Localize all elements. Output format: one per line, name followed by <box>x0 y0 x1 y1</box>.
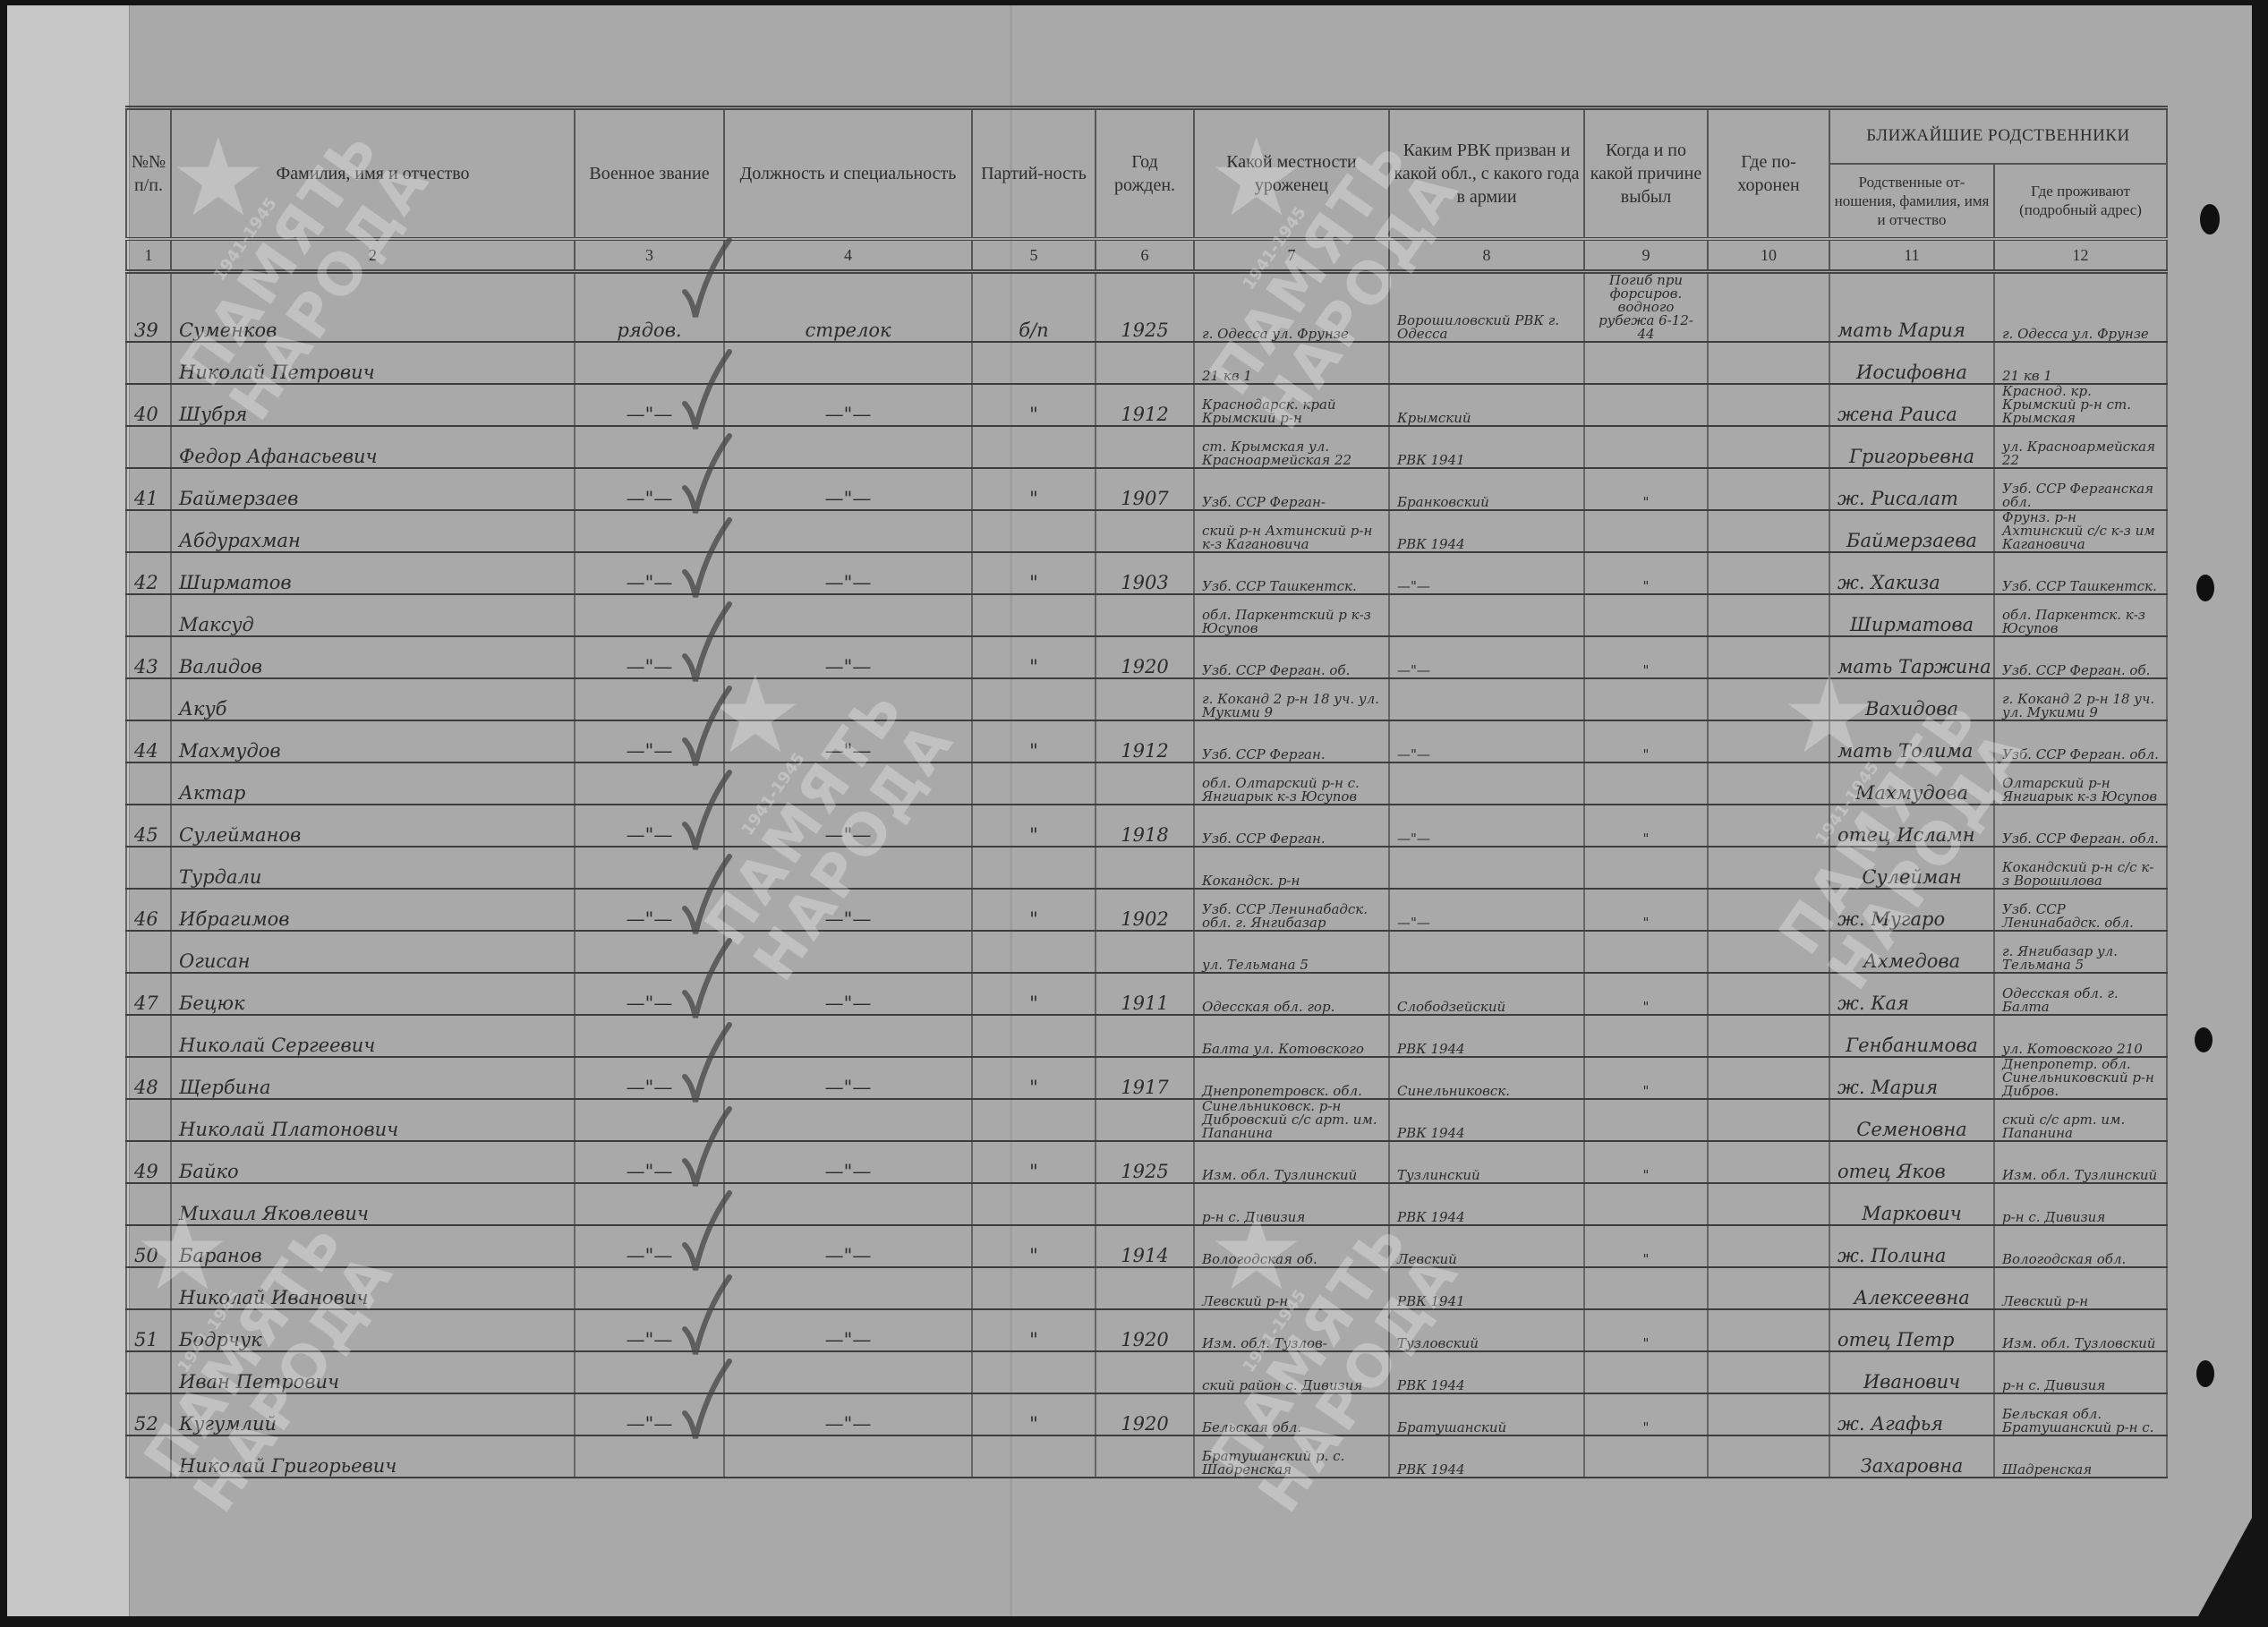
military-rank-cont <box>575 510 724 552</box>
military-rank: —"— <box>575 384 724 426</box>
military-rank-cont <box>575 1351 724 1393</box>
record-number-cont <box>126 1351 171 1393</box>
relative-name-cont: Ахмедова <box>1829 931 1994 973</box>
relative-address-cont: г. Янгибазар ул. Тельмана 5 <box>1994 931 2167 973</box>
party: " <box>972 973 1096 1015</box>
relative-name: отец Петр <box>1829 1309 1994 1351</box>
draft-office: Левский <box>1389 1225 1584 1267</box>
table-row: 47Бецюк—"——"—"1911Одесская обл. гор.Слоб… <box>126 973 2167 1015</box>
col-num-6: 6 <box>1096 239 1194 272</box>
position: —"— <box>724 1393 972 1435</box>
birth-year-cont <box>1096 342 1194 384</box>
burial-place <box>1708 1225 1829 1267</box>
birth-year-cont <box>1096 1267 1194 1309</box>
relative-address: Изм. обл. Тузловский <box>1994 1309 2167 1351</box>
birthplace: Узб. ССР Ташкентск. <box>1194 552 1389 594</box>
surname: Махмудов <box>171 720 575 762</box>
table-row-continuation: ТурдалиКокандск. р-нСулейманКокандский р… <box>126 847 2167 889</box>
table-row: 39Суменковрядов.стрелокб/п1925г. Одесса … <box>126 272 2167 343</box>
table-row: 49Байко—"——"—"1925Изм. обл. ТузлинскийТу… <box>126 1141 2167 1183</box>
position-cont <box>724 1183 972 1225</box>
reason-left: " <box>1584 1225 1708 1267</box>
relative-name: ж. Рисалат <box>1829 468 1994 510</box>
draft-office-cont: РВК 1944 <box>1389 1099 1584 1141</box>
col-header-11: Родственные от-ношения, фамилия, имя и о… <box>1829 164 1994 239</box>
position-cont <box>724 342 972 384</box>
surname: Баймерзаев <box>171 468 575 510</box>
column-number-row: 1 2 3 4 5 6 7 8 9 10 11 12 <box>126 239 2167 272</box>
burial-place <box>1708 1057 1829 1099</box>
relative-address-cont: ул. Котовского 210 <box>1994 1015 2167 1057</box>
position-cont <box>724 1099 972 1141</box>
reason-left: " <box>1584 973 1708 1015</box>
position: —"— <box>724 1141 972 1183</box>
reason-cont <box>1584 931 1708 973</box>
reason-cont <box>1584 1351 1708 1393</box>
birthplace: Узб. ССР Ленинабадск. обл. г. Янгибазар <box>1194 889 1389 931</box>
record-number-cont <box>126 1183 171 1225</box>
draft-office: —"— <box>1389 636 1584 678</box>
birthplace-cont: ул. Тельмана 5 <box>1194 931 1389 973</box>
col-header-2: Фамилия, имя и отчество <box>171 108 575 240</box>
col-num-11: 11 <box>1829 239 1994 272</box>
record-number-cont <box>126 1015 171 1057</box>
draft-office-cont: РВК 1944 <box>1389 1435 1584 1478</box>
reason-left: " <box>1584 552 1708 594</box>
military-rank-cont <box>575 931 724 973</box>
position-cont <box>724 1267 972 1309</box>
reason-left: Погиб при форсиров. водного рубежа 6-12-… <box>1584 272 1708 343</box>
table-row: 40Шубря—"——"—"1912Краснодарск. край Крым… <box>126 384 2167 426</box>
party-cont <box>972 1183 1096 1225</box>
table-row-continuation: Николай ГригорьевичБратушанский р. с. Ша… <box>126 1435 2167 1478</box>
burial-place-cont <box>1708 1099 1829 1141</box>
losses-register-table: №№ п/п. Фамилия, имя и отчество Военное … <box>125 106 2168 1478</box>
surname: Ширматов <box>171 552 575 594</box>
birth-year-cont <box>1096 594 1194 636</box>
surname: Валидов <box>171 636 575 678</box>
relative-name-cont: Генбанимова <box>1829 1015 1994 1057</box>
military-rank: —"— <box>575 636 724 678</box>
record-number: 43 <box>126 636 171 678</box>
col-header-6: Год рожден. <box>1096 108 1194 240</box>
records-body: 39Суменковрядов.стрелокб/п1925г. Одесса … <box>126 272 2167 1478</box>
relative-name: мать Толима <box>1829 720 1994 762</box>
reason-left: " <box>1584 636 1708 678</box>
military-rank: —"— <box>575 720 724 762</box>
military-rank: —"— <box>575 889 724 931</box>
reason-left: " <box>1584 1393 1708 1435</box>
relative-name: ж. Мугаро <box>1829 889 1994 931</box>
record-number: 45 <box>126 805 171 847</box>
relative-address: Бельская обл. Братушанский р-н с. <box>1994 1393 2167 1435</box>
birthplace: Узб. ССР Ферган. <box>1194 805 1389 847</box>
burial-place-cont <box>1708 678 1829 720</box>
given-names: Федор Афанасьевич <box>171 426 575 468</box>
relative-name: отец Яков <box>1829 1141 1994 1183</box>
relative-name: жена Раиса <box>1829 384 1994 426</box>
draft-office-cont <box>1389 931 1584 973</box>
position: —"— <box>724 973 972 1015</box>
position: —"— <box>724 384 972 426</box>
birth-year-cont <box>1096 762 1194 805</box>
relative-address-cont: Кокандский р-н с/с к-з Ворошилова <box>1994 847 2167 889</box>
burial-place-cont <box>1708 510 1829 552</box>
relative-address-cont: обл. Паркентск. к-з Юсупов <box>1994 594 2167 636</box>
relative-address: Узб. ССР Ферган. обл. <box>1994 805 2167 847</box>
birth-year-cont <box>1096 1099 1194 1141</box>
party-cont <box>972 847 1096 889</box>
position-cont <box>724 847 972 889</box>
birthplace-cont: обл. Олтарский р-н с. Янгиарык к-з Юсупо… <box>1194 762 1389 805</box>
col-header-3: Военное звание <box>575 108 724 240</box>
birthplace-cont: Кокандск. р-н <box>1194 847 1389 889</box>
military-rank: —"— <box>575 1057 724 1099</box>
draft-office-cont: РВК 1944 <box>1389 510 1584 552</box>
relative-name: отец Исламн <box>1829 805 1994 847</box>
table-row-continuation: Николай ПлатоновичСинельниковск. р-н Диб… <box>126 1099 2167 1141</box>
draft-office: Бранковский <box>1389 468 1584 510</box>
party-cont <box>972 1015 1096 1057</box>
relative-address-cont: р-н с. Дивизия <box>1994 1351 2167 1393</box>
record-number-cont <box>126 1267 171 1309</box>
burial-place <box>1708 889 1829 931</box>
col-header-4: Должность и специальность <box>724 108 972 240</box>
table-row: 43Валидов—"——"—"1920Узб. ССР Ферган. об.… <box>126 636 2167 678</box>
table-row: 46Ибрагимов—"——"—"1902Узб. ССР Ленинабад… <box>126 889 2167 931</box>
relative-name-cont: Иванович <box>1829 1351 1994 1393</box>
given-names: Николай Григорьевич <box>171 1435 575 1478</box>
draft-office-cont: РВК 1941 <box>1389 426 1584 468</box>
reason-left: " <box>1584 468 1708 510</box>
party: " <box>972 720 1096 762</box>
burial-place <box>1708 1393 1829 1435</box>
military-rank-cont <box>575 594 724 636</box>
draft-office: Слободзейский <box>1389 973 1584 1015</box>
col-num-8: 8 <box>1389 239 1584 272</box>
draft-office-cont <box>1389 762 1584 805</box>
relative-name: мать Таржина <box>1829 636 1994 678</box>
relative-name: ж. Кая <box>1829 973 1994 1015</box>
burial-place-cont <box>1708 931 1829 973</box>
position-cont <box>724 1435 972 1478</box>
military-rank: —"— <box>575 1141 724 1183</box>
birthplace: Изм. обл. Тузлов- <box>1194 1309 1389 1351</box>
party-cont <box>972 678 1096 720</box>
position-cont <box>724 762 972 805</box>
reason-left: " <box>1584 889 1708 931</box>
punch-hole <box>2196 1360 2214 1387</box>
burial-place <box>1708 1141 1829 1183</box>
relative-address: Узб. ССР Ферган. об. <box>1994 636 2167 678</box>
punch-hole <box>2195 1027 2213 1052</box>
position: —"— <box>724 1057 972 1099</box>
birthplace: Узб. ССР Ферган- <box>1194 468 1389 510</box>
birthplace-cont: ский р-н Ахтинский р-н к-з Кагановича <box>1194 510 1389 552</box>
birthplace-cont: обл. Паркентский р к-з Юсупов <box>1194 594 1389 636</box>
party-cont <box>972 1435 1096 1478</box>
col-num-4: 4 <box>724 239 972 272</box>
burial-place-cont <box>1708 1267 1829 1309</box>
relative-address: г. Одесса ул. Фрунзе <box>1994 272 2167 343</box>
record-number-cont <box>126 510 171 552</box>
surname: Суменков <box>171 272 575 343</box>
record-number: 50 <box>126 1225 171 1267</box>
party: б/п <box>972 272 1096 343</box>
burial-place-cont <box>1708 1015 1829 1057</box>
surname: Щербина <box>171 1057 575 1099</box>
relative-address-cont: 21 кв 1 <box>1994 342 2167 384</box>
record-number: 49 <box>126 1141 171 1183</box>
draft-office: —"— <box>1389 889 1584 931</box>
record-number-cont <box>126 931 171 973</box>
reason-cont <box>1584 678 1708 720</box>
table-row-continuation: Огисанул. Тельмана 5Ахмедоваг. Янгибазар… <box>126 931 2167 973</box>
record-number: 48 <box>126 1057 171 1099</box>
party: " <box>972 1225 1096 1267</box>
party: " <box>972 1057 1096 1099</box>
military-rank: —"— <box>575 1309 724 1351</box>
birthplace: Вологодская об. <box>1194 1225 1389 1267</box>
birth-year-cont <box>1096 1435 1194 1478</box>
reason-cont <box>1584 1435 1708 1478</box>
left-margin-strip <box>7 5 130 1616</box>
col-header-8: Каким РВК призван и какой обл., с какого… <box>1389 108 1584 240</box>
surname: Сулейманов <box>171 805 575 847</box>
given-names: Актар <box>171 762 575 805</box>
birthplace: Бельская обл. <box>1194 1393 1389 1435</box>
birthplace: г. Одесса ул. Фрунзе <box>1194 272 1389 343</box>
birthplace: Одесская обл. гор. <box>1194 973 1389 1015</box>
table-row: 50Баранов—"——"—"1914Вологодская об.Левск… <box>126 1225 2167 1267</box>
table-row-continuation: Максудобл. Паркентский р к-з ЮсуповШирма… <box>126 594 2167 636</box>
col-num-7: 7 <box>1194 239 1389 272</box>
burial-place <box>1708 720 1829 762</box>
draft-office-cont <box>1389 678 1584 720</box>
relative-address: Одесская обл. г. Балта <box>1994 973 2167 1015</box>
burial-place-cont <box>1708 1435 1829 1478</box>
birth-year: 1907 <box>1096 468 1194 510</box>
birth-year-cont <box>1096 426 1194 468</box>
reason-cont <box>1584 762 1708 805</box>
position: стрелок <box>724 272 972 343</box>
given-names: Абдурахман <box>171 510 575 552</box>
military-rank: —"— <box>575 468 724 510</box>
military-rank: —"— <box>575 1225 724 1267</box>
position: —"— <box>724 889 972 931</box>
military-rank-cont <box>575 1015 724 1057</box>
party-cont <box>972 762 1096 805</box>
birthplace-cont: р-н с. Дивизия <box>1194 1183 1389 1225</box>
col-num-9: 9 <box>1584 239 1708 272</box>
draft-office: Тузлинский <box>1389 1141 1584 1183</box>
relative-address-cont: Фрунз. р-н Ахтинский с/с к-з им Каганови… <box>1994 510 2167 552</box>
reason-cont <box>1584 1099 1708 1141</box>
relative-name-cont: Сулейман <box>1829 847 1994 889</box>
burial-place <box>1708 384 1829 426</box>
party: " <box>972 1393 1096 1435</box>
record-number: 51 <box>126 1309 171 1351</box>
relative-name-cont: Григорьевна <box>1829 426 1994 468</box>
birthplace: Узб. ССР Ферган. <box>1194 720 1389 762</box>
birthplace: Изм. обл. Тузлинский <box>1194 1141 1389 1183</box>
military-rank-cont <box>575 426 724 468</box>
register-table-wrap: №№ п/п. Фамилия, имя и отчество Военное … <box>125 106 2166 1478</box>
table-row-continuation: Михаил Яковлевичр-н с. ДивизияРВК 1944Ма… <box>126 1183 2167 1225</box>
given-names: Михаил Яковлевич <box>171 1183 575 1225</box>
col-num-12: 12 <box>1994 239 2167 272</box>
burial-place <box>1708 1309 1829 1351</box>
birth-year: 1925 <box>1096 272 1194 343</box>
relative-address: Изм. обл. Тузлинский <box>1994 1141 2167 1183</box>
given-names: Турдали <box>171 847 575 889</box>
reason-left: " <box>1584 720 1708 762</box>
reason-cont <box>1584 1015 1708 1057</box>
given-names: Огисан <box>171 931 575 973</box>
party-cont <box>972 510 1096 552</box>
reason-cont <box>1584 1183 1708 1225</box>
record-number-cont <box>126 342 171 384</box>
relative-address-cont: Олтарский р-н Янгиарык к-з Юсупов <box>1994 762 2167 805</box>
birth-year: 1920 <box>1096 636 1194 678</box>
table-row: 44Махмудов—"——"—"1912Узб. ССР Ферган.—"—… <box>126 720 2167 762</box>
draft-office: —"— <box>1389 552 1584 594</box>
record-number: 39 <box>126 272 171 343</box>
party-cont <box>972 1351 1096 1393</box>
party: " <box>972 805 1096 847</box>
surname: Бецюк <box>171 973 575 1015</box>
reason-cont <box>1584 847 1708 889</box>
birth-year: 1917 <box>1096 1057 1194 1099</box>
birth-year: 1918 <box>1096 805 1194 847</box>
record-number-cont <box>126 1099 171 1141</box>
military-rank: рядов. <box>575 272 724 343</box>
birthplace: Краснодарск. край Крымский р-н <box>1194 384 1389 426</box>
col-header-10: Где по-хоронен <box>1708 108 1829 240</box>
col-num-5: 5 <box>972 239 1096 272</box>
party-cont <box>972 594 1096 636</box>
military-rank-cont <box>575 1267 724 1309</box>
table-row: 48Щербина—"——"—"1917Днепропетровск. обл.… <box>126 1057 2167 1099</box>
given-names: Максуд <box>171 594 575 636</box>
col-num-10: 10 <box>1708 239 1829 272</box>
relative-address: Вологодская обл. <box>1994 1225 2167 1267</box>
table-row-continuation: Николай СергеевичБалта ул. КотовскогоРВК… <box>126 1015 2167 1057</box>
relative-name: мать Мария <box>1829 272 1994 343</box>
party: " <box>972 468 1096 510</box>
col-header-1: №№ п/п. <box>126 108 171 240</box>
surname: Кугумлий <box>171 1393 575 1435</box>
birth-year: 1920 <box>1096 1393 1194 1435</box>
relative-address: Узб. ССР Ферганская обл. <box>1994 468 2167 510</box>
relative-name-cont: Захаровна <box>1829 1435 1994 1478</box>
birthplace-cont: г. Коканд 2 р-н 18 уч. ул. Мукими 9 <box>1194 678 1389 720</box>
position: —"— <box>724 1225 972 1267</box>
record-number-cont <box>126 1435 171 1478</box>
position-cont <box>724 678 972 720</box>
birth-year-cont <box>1096 1015 1194 1057</box>
punch-hole <box>2200 204 2220 234</box>
party: " <box>972 1309 1096 1351</box>
record-number: 47 <box>126 973 171 1015</box>
relative-name: ж. Полина <box>1829 1225 1994 1267</box>
burial-place-cont <box>1708 1183 1829 1225</box>
table-row-continuation: Николай ИвановичЛевский р-нРВК 1941Алекс… <box>126 1267 2167 1309</box>
position: —"— <box>724 805 972 847</box>
header-row: №№ п/п. Фамилия, имя и отчество Военное … <box>126 108 2167 164</box>
col-num-2: 2 <box>171 239 575 272</box>
military-rank-cont <box>575 678 724 720</box>
relative-address-cont: р-н с. Дивизия <box>1994 1183 2167 1225</box>
burial-place-cont <box>1708 762 1829 805</box>
record-number: 44 <box>126 720 171 762</box>
birthplace-cont: ст. Крымская ул. Красноармейская 22 <box>1194 426 1389 468</box>
burial-place <box>1708 636 1829 678</box>
reason-left: " <box>1584 1141 1708 1183</box>
given-names: Николай Сергеевич <box>171 1015 575 1057</box>
draft-office-cont <box>1389 342 1584 384</box>
party-cont <box>972 426 1096 468</box>
party: " <box>972 889 1096 931</box>
burial-place-cont <box>1708 1351 1829 1393</box>
relative-name-cont: Вахидова <box>1829 678 1994 720</box>
punch-hole <box>2196 575 2214 601</box>
record-number-cont <box>126 847 171 889</box>
relative-address: Днепропетр. обл. Синельниковский р-н Диб… <box>1994 1057 2167 1099</box>
relative-address-cont: Левский р-н <box>1994 1267 2167 1309</box>
birth-year-cont <box>1096 931 1194 973</box>
given-names: Николай Иванович <box>171 1267 575 1309</box>
birthplace-cont: 21 кв 1 <box>1194 342 1389 384</box>
relative-address-cont: г. Коканд 2 р-н 18 уч. ул. Мукими 9 <box>1994 678 2167 720</box>
record-number: 46 <box>126 889 171 931</box>
burial-place <box>1708 973 1829 1015</box>
draft-office-cont: РВК 1941 <box>1389 1267 1584 1309</box>
burial-place-cont <box>1708 594 1829 636</box>
birth-year: 1912 <box>1096 720 1194 762</box>
reason-cont <box>1584 342 1708 384</box>
col-header-9: Когда и по какой причине выбыл <box>1584 108 1708 240</box>
table-row-continuation: Иван Петровичский район с. ДивизияРВК 19… <box>126 1351 2167 1393</box>
relative-name: ж. Хакиза <box>1829 552 1994 594</box>
relative-name-cont: Семеновна <box>1829 1099 1994 1141</box>
draft-office: Ворошиловский РВК г. Одесса <box>1389 272 1584 343</box>
position-cont <box>724 594 972 636</box>
burial-place <box>1708 805 1829 847</box>
military-rank-cont <box>575 1099 724 1141</box>
birth-year: 1912 <box>1096 384 1194 426</box>
relative-address-cont: Шадренская <box>1994 1435 2167 1478</box>
col-header-12: Где проживают (подробный адрес) <box>1994 164 2167 239</box>
reason-cont <box>1584 510 1708 552</box>
relative-address: Узб. ССР Ферган. обл. <box>1994 720 2167 762</box>
relative-address-cont: ул. Красноармейская 22 <box>1994 426 2167 468</box>
draft-office-cont <box>1389 594 1584 636</box>
surname: Шубря <box>171 384 575 426</box>
burial-place <box>1708 552 1829 594</box>
table-row: 52Кугумлий—"——"—"1920Бельская обл.Братуш… <box>126 1393 2167 1435</box>
party: " <box>972 1141 1096 1183</box>
table-row-continuation: Актаробл. Олтарский р-н с. Янгиарык к-з … <box>126 762 2167 805</box>
relative-address: Краснод. кр. Крымский р-н ст. Крымская <box>1994 384 2167 426</box>
relative-name-cont: Алексеевна <box>1829 1267 1994 1309</box>
draft-office: Тузловский <box>1389 1309 1584 1351</box>
torn-corner <box>2198 1518 2252 1616</box>
record-number: 40 <box>126 384 171 426</box>
relative-address: Узб. ССР Ленинабадск. обл. <box>1994 889 2167 931</box>
birth-year-cont <box>1096 678 1194 720</box>
col-num-1: 1 <box>126 239 171 272</box>
